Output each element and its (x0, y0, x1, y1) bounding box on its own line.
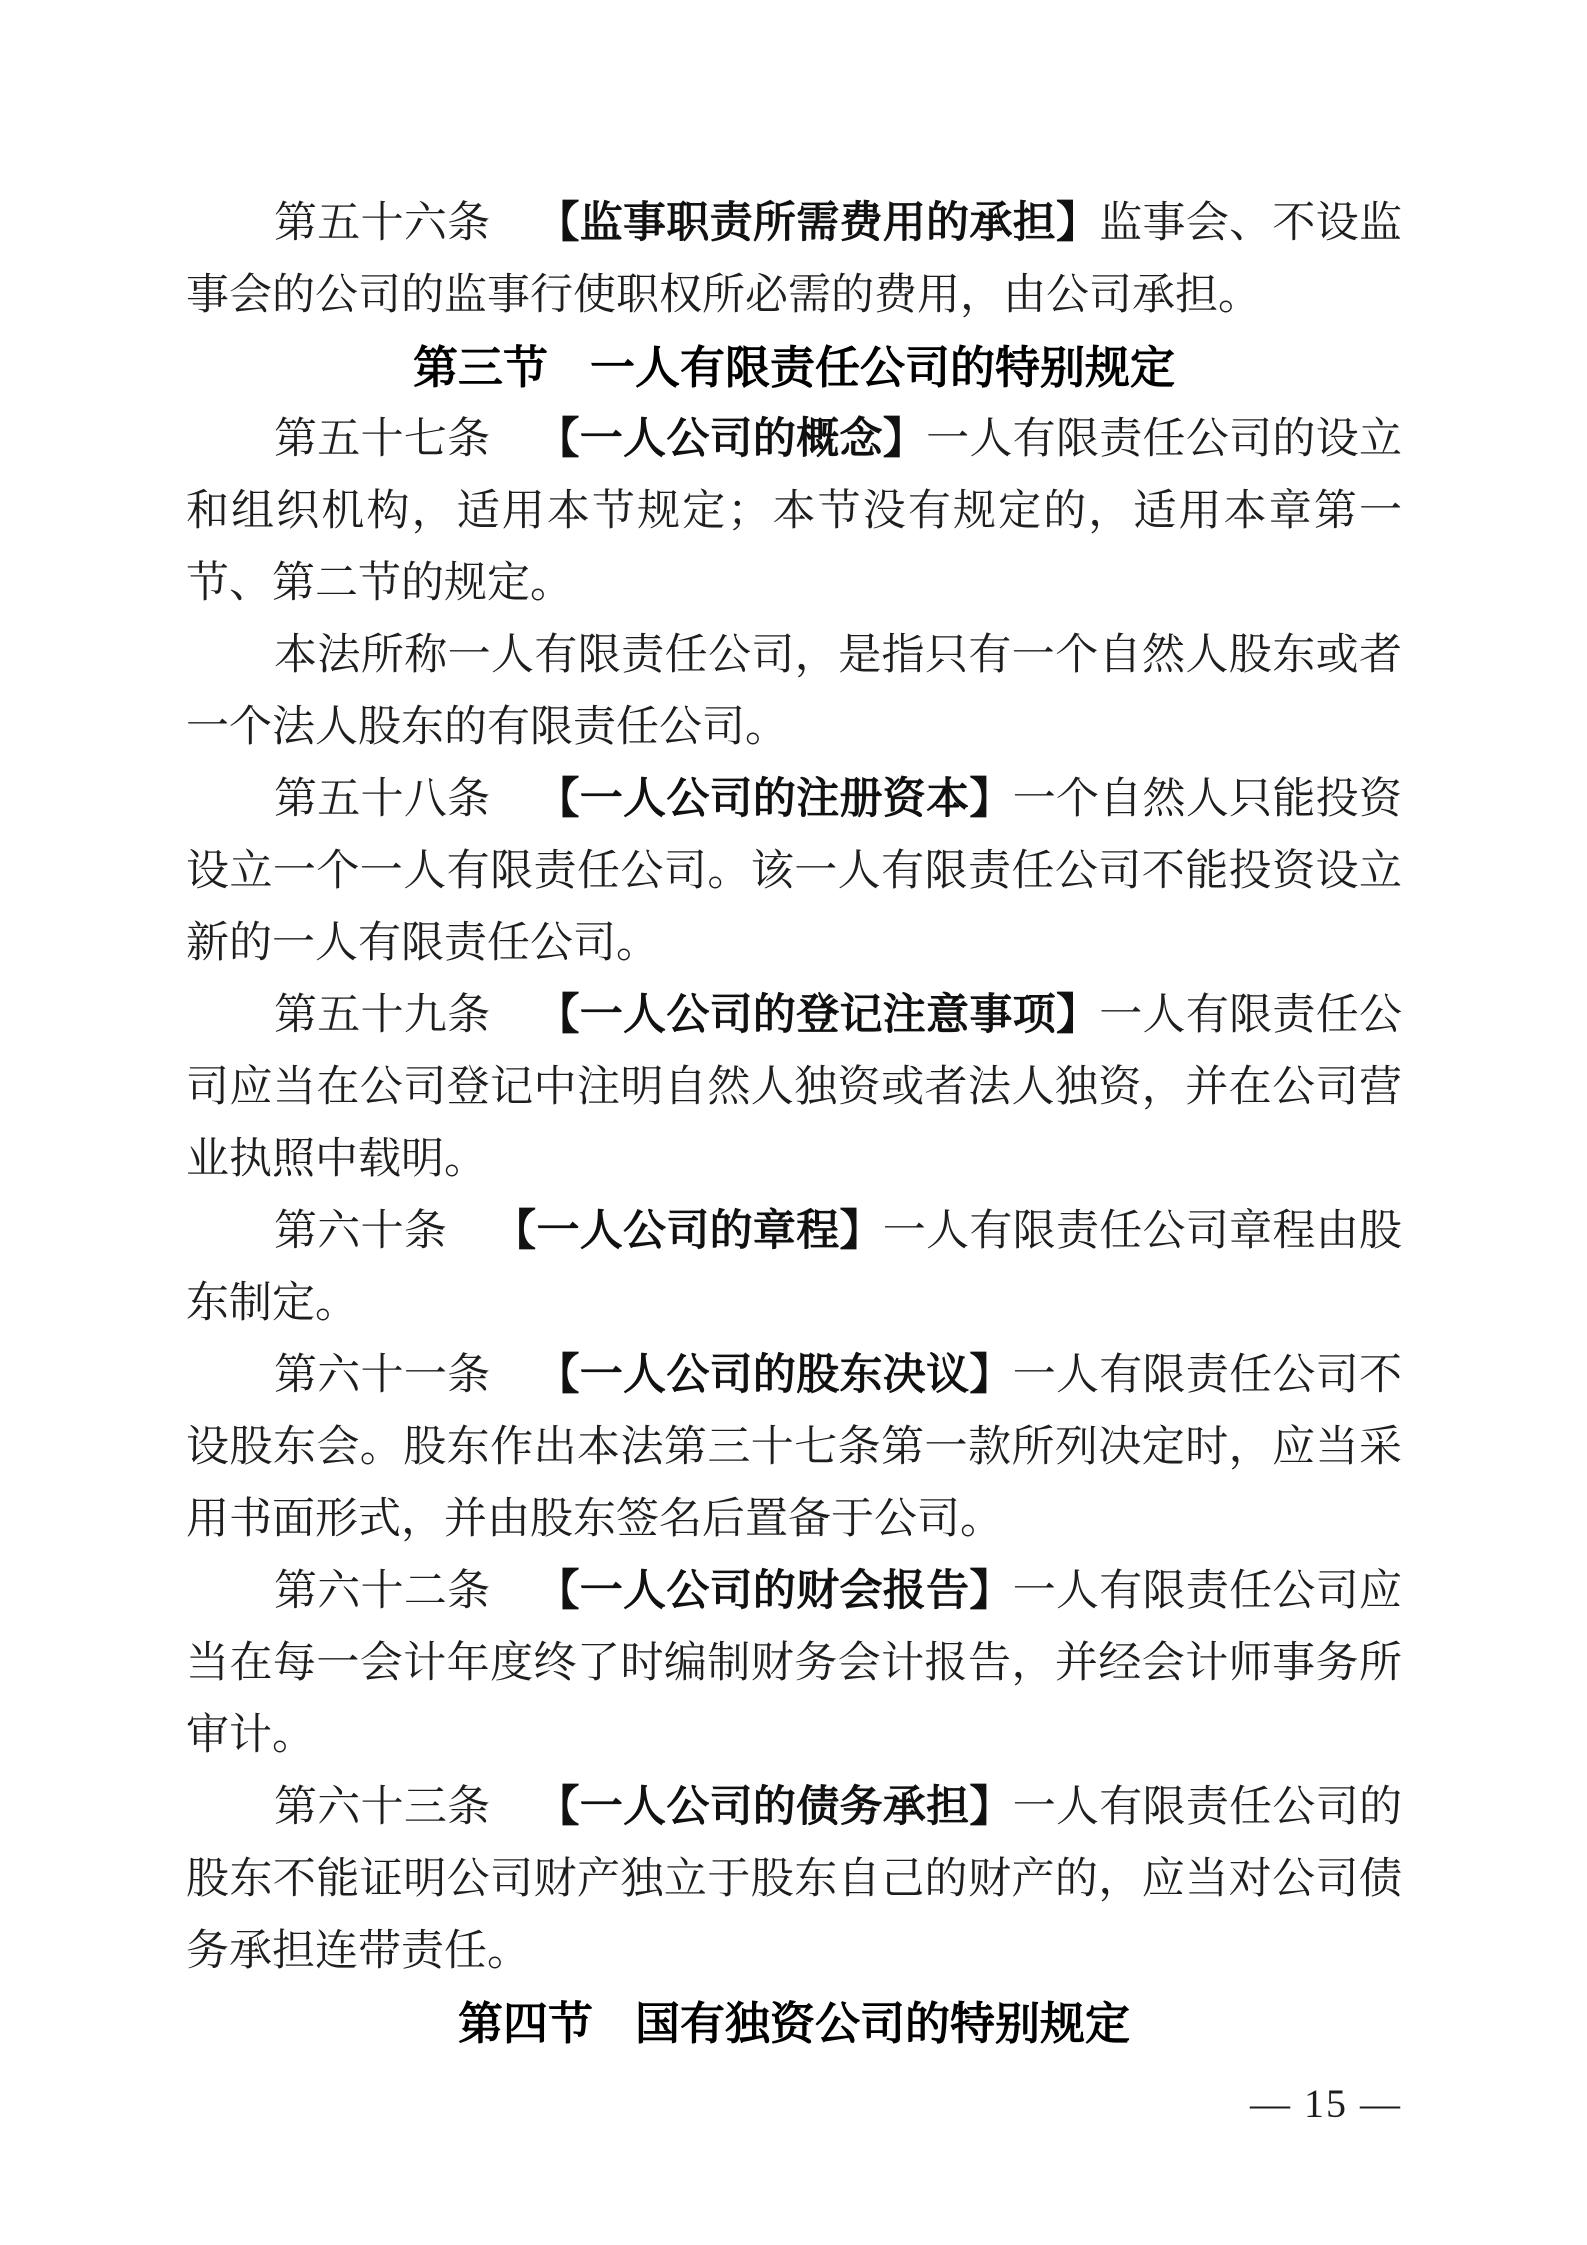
page-number: — 15 — (186, 2080, 1402, 2127)
article-title: 【一人公司的登记注意事项】 (536, 992, 1099, 1039)
article-paragraph: 第五十九条【一人公司的登记注意事项】一人有限责任公司应当在公司登记中注明自然人独… (186, 980, 1402, 1196)
article-paragraph: 第六十一条【一人公司的股东决议】一人有限责任公司不设股东会。股东作出本法第三十七… (186, 1340, 1402, 1556)
section-heading: 第四节国有独资公司的特别规定 (186, 1988, 1402, 2060)
body-paragraph: 本法所称一人有限责任公司，是指只有一个自然人股东或者一个法人股东的有限责任公司。 (186, 620, 1402, 764)
article-title: 【一人公司的债务承担】 (536, 1784, 1012, 1831)
section-heading-label: 第四节 (458, 1999, 593, 2049)
article-number: 第六十二条 (274, 1568, 490, 1615)
article-number: 第五十七条 (274, 416, 490, 463)
article-number: 第六十三条 (274, 1784, 490, 1831)
article-title: 【一人公司的章程】 (493, 1208, 883, 1255)
article-paragraph: 第六十二条【一人公司的财会报告】一人有限责任公司应当在每一会计年度终了时编制财务… (186, 1556, 1402, 1772)
article-paragraph: 第六十条【一人公司的章程】一人有限责任公司章程由股东制定。 (186, 1196, 1402, 1340)
section-heading: 第三节一人有限责任公司的特别规定 (186, 332, 1402, 404)
article-number: 第六十一条 (274, 1352, 490, 1399)
article-title: 【一人公司的注册资本】 (536, 776, 1012, 823)
section-heading-label: 第三节 (413, 343, 548, 393)
article-title: 【一人公司的财会报告】 (536, 1568, 1012, 1615)
page-number-text: — 15 — (1250, 2081, 1402, 2126)
article-number: 第五十八条 (274, 776, 490, 823)
article-number: 第五十九条 (274, 992, 490, 1039)
article-paragraph: 第五十七条【一人公司的概念】一人有限责任公司的设立和组织机构，适用本节规定；本节… (186, 404, 1402, 620)
article-title: 【监事职责所需费用的承担】 (536, 200, 1099, 247)
article-title: 【一人公司的概念】 (536, 416, 926, 463)
section-heading-title: 一人有限责任公司的特别规定 (590, 343, 1175, 393)
article-paragraph: 第五十六条【监事职责所需费用的承担】监事会、不设监事会的公司的监事行使职权所必需… (186, 188, 1402, 332)
article-number: 第五十六条 (274, 200, 490, 247)
article-paragraph: 第五十八条【一人公司的注册资本】一个自然人只能投资设立一个一人有限责任公司。该一… (186, 764, 1402, 980)
section-heading-title: 国有独资公司的特别规定 (635, 1999, 1130, 2049)
document-body: 第五十六条【监事职责所需费用的承担】监事会、不设监事会的公司的监事行使职权所必需… (186, 188, 1402, 2060)
paragraph-text: 本法所称一人有限责任公司，是指只有一个自然人股东或者一个法人股东的有限责任公司。 (186, 632, 1402, 751)
document-page: 第五十六条【监事职责所需费用的承担】监事会、不设监事会的公司的监事行使职权所必需… (0, 0, 1587, 2245)
article-number: 第六十条 (274, 1208, 447, 1255)
article-title: 【一人公司的股东决议】 (536, 1352, 1012, 1399)
article-paragraph: 第六十三条【一人公司的债务承担】一人有限责任公司的股东不能证明公司财产独立于股东… (186, 1772, 1402, 1988)
